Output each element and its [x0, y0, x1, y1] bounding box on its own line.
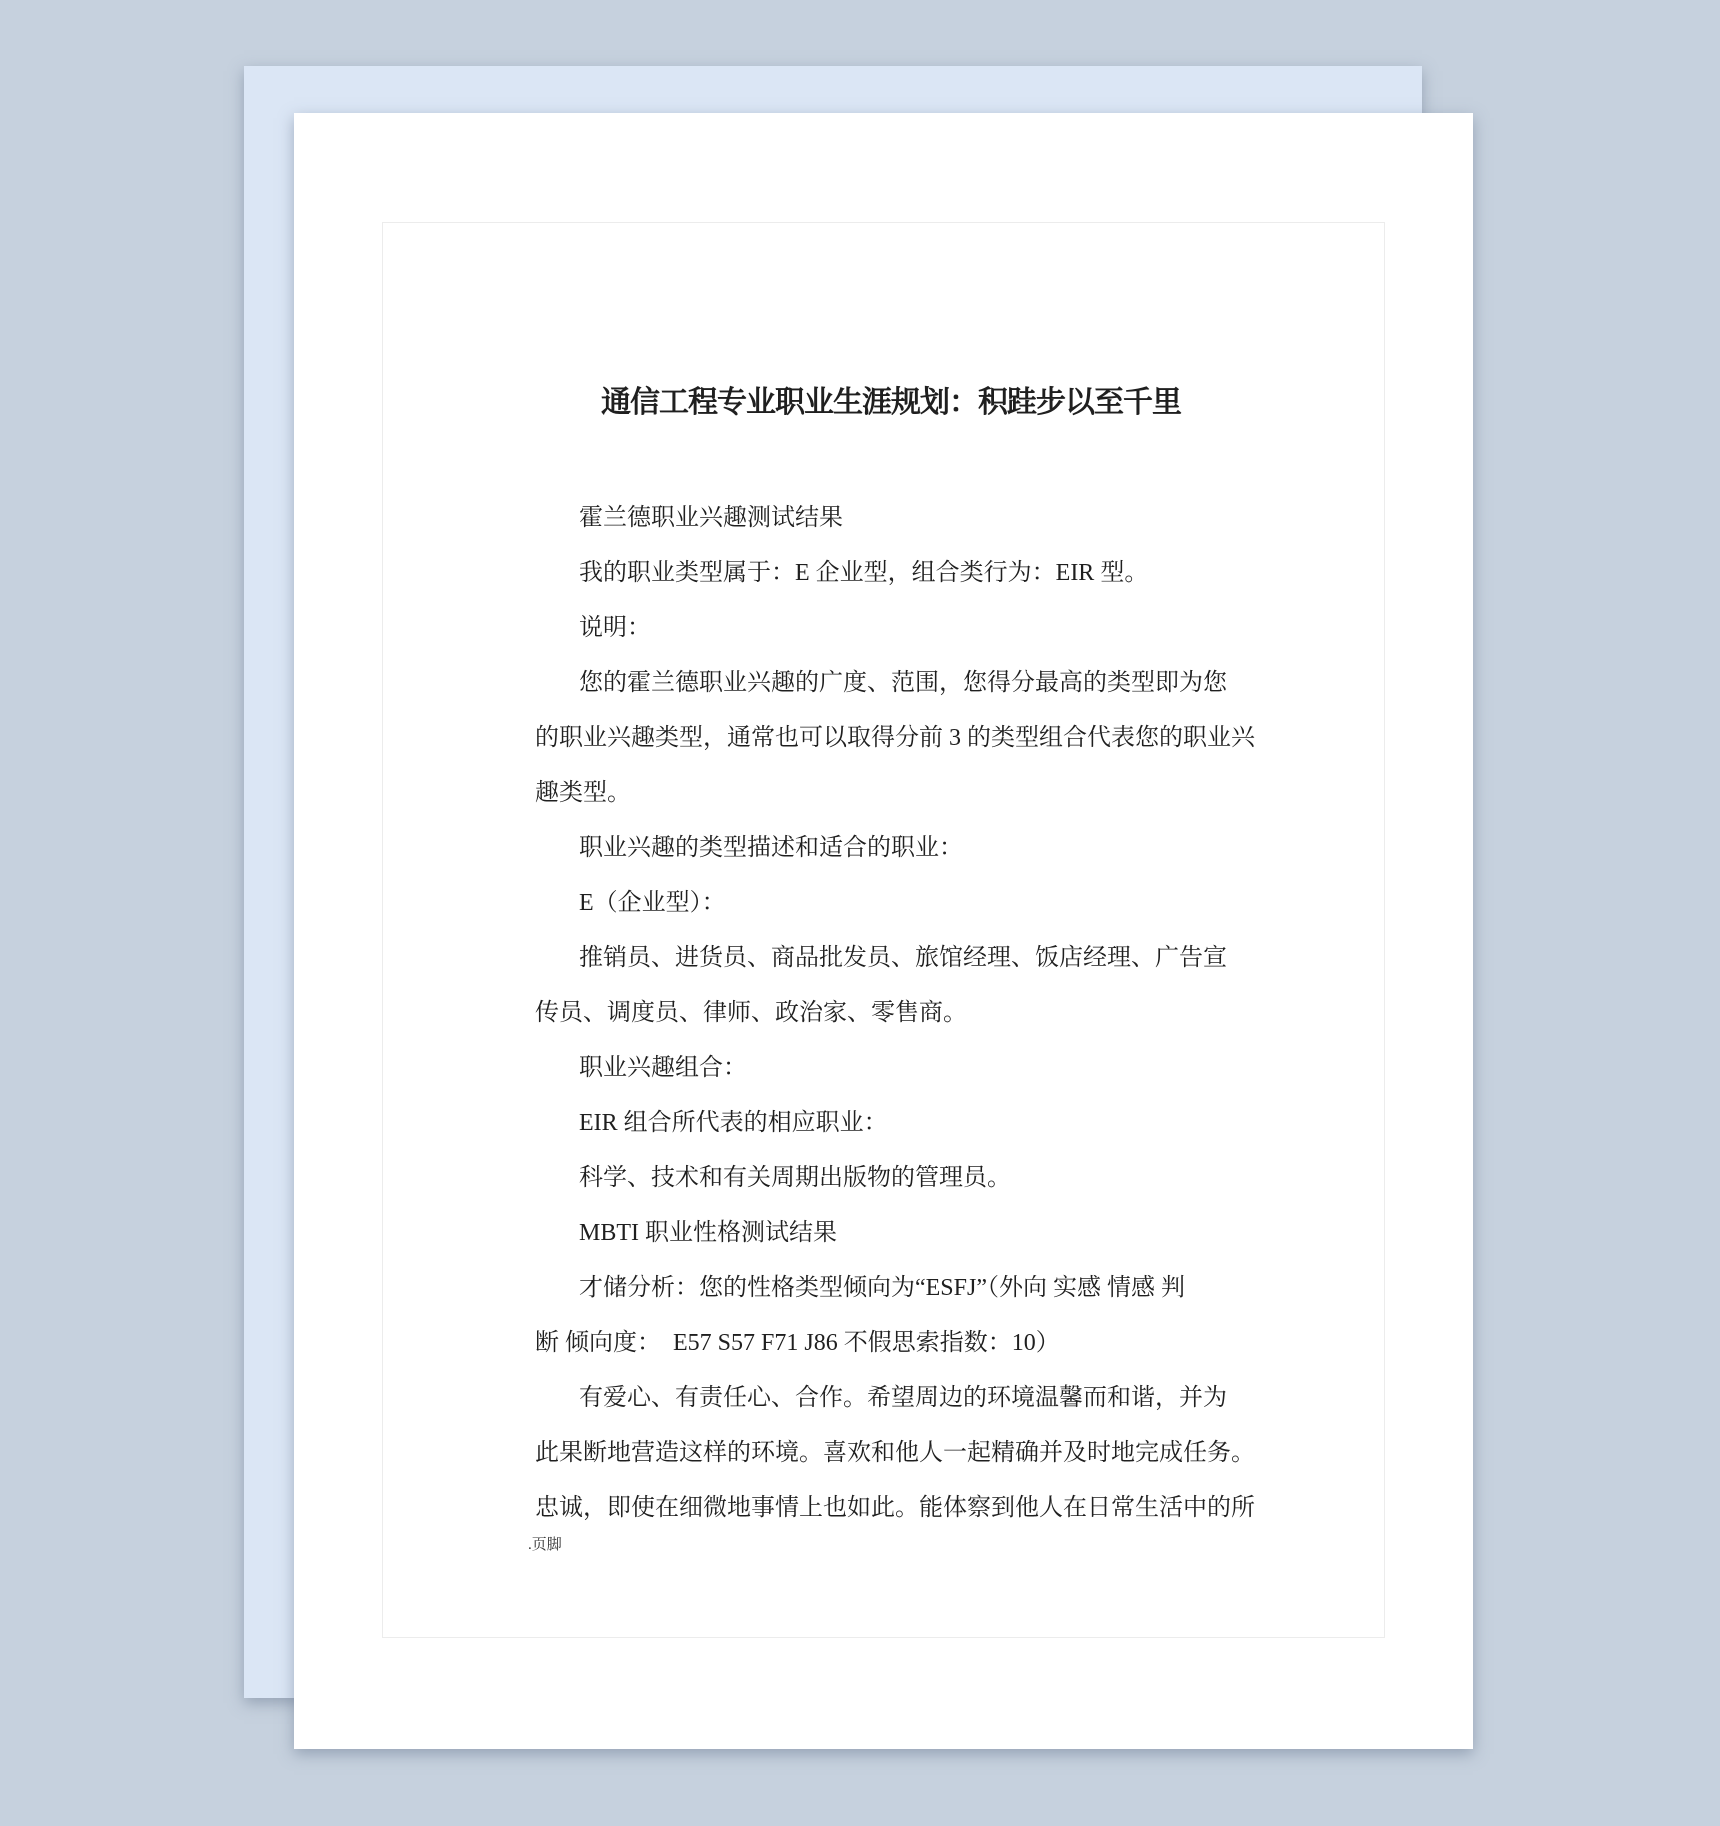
- document-page: 通信工程专业职业生涯规划：积跬步以至千里 霍兰德职业兴趣测试结果我的职业类型属于…: [294, 113, 1473, 1749]
- text-line: 此果断地营造这样的环境。喜欢和他人一起精确并及时地完成任务。: [535, 1426, 1247, 1481]
- text-line: 职业兴趣的类型描述和适合的职业：: [535, 821, 1247, 876]
- text-line: MBTI 职业性格测试结果: [535, 1206, 1247, 1261]
- page-footer: .页脚: [528, 1535, 562, 1555]
- text-line: 传员、调度员、律师、政治家、零售商。: [535, 986, 1247, 1041]
- text-line: 忠诚，即使在细微地事情上也如此。能体察到他人在日常生活中的所: [535, 1481, 1247, 1536]
- page-content: 通信工程专业职业生涯规划：积跬步以至千里 霍兰德职业兴趣测试结果我的职业类型属于…: [535, 113, 1247, 1536]
- text-line: 才储分析：您的性格类型倾向为“ESFJ”（外向 实感 情感 判: [535, 1261, 1247, 1316]
- text-line: E（企业型）：: [535, 876, 1247, 931]
- document-title: 通信工程专业职业生涯规划：积跬步以至千里: [535, 381, 1247, 425]
- text-line: 我的职业类型属于：E 企业型，组合类行为：EIR 型。: [535, 546, 1247, 601]
- text-line: 趣类型。: [535, 766, 1247, 821]
- document-body: 霍兰德职业兴趣测试结果我的职业类型属于：E 企业型，组合类行为：EIR 型。说明…: [535, 491, 1247, 1536]
- text-line: 霍兰德职业兴趣测试结果: [535, 491, 1247, 546]
- text-line: 您的霍兰德职业兴趣的广度、范围，您得分最高的类型即为您: [535, 656, 1247, 711]
- text-line: 的职业兴趣类型，通常也可以取得分前 3 的类型组合代表您的职业兴: [535, 711, 1247, 766]
- text-line: 推销员、进货员、商品批发员、旅馆经理、饭店经理、广告宣: [535, 931, 1247, 986]
- text-line: EIR 组合所代表的相应职业：: [535, 1096, 1247, 1151]
- desktop-background: 通信工程专业职业生涯规划：积跬步以至千里 霍兰德职业兴趣测试结果我的职业类型属于…: [0, 0, 1720, 1826]
- text-line: 说明：: [535, 601, 1247, 656]
- text-line: 有爱心、有责任心、合作。希望周边的环境温馨而和谐，并为: [535, 1371, 1247, 1426]
- text-line: 职业兴趣组合：: [535, 1041, 1247, 1096]
- text-line: 科学、技术和有关周期出版物的管理员。: [535, 1151, 1247, 1206]
- text-line: 断 倾向度： E57 S57 F71 J86 不假思索指数：10）: [535, 1316, 1247, 1371]
